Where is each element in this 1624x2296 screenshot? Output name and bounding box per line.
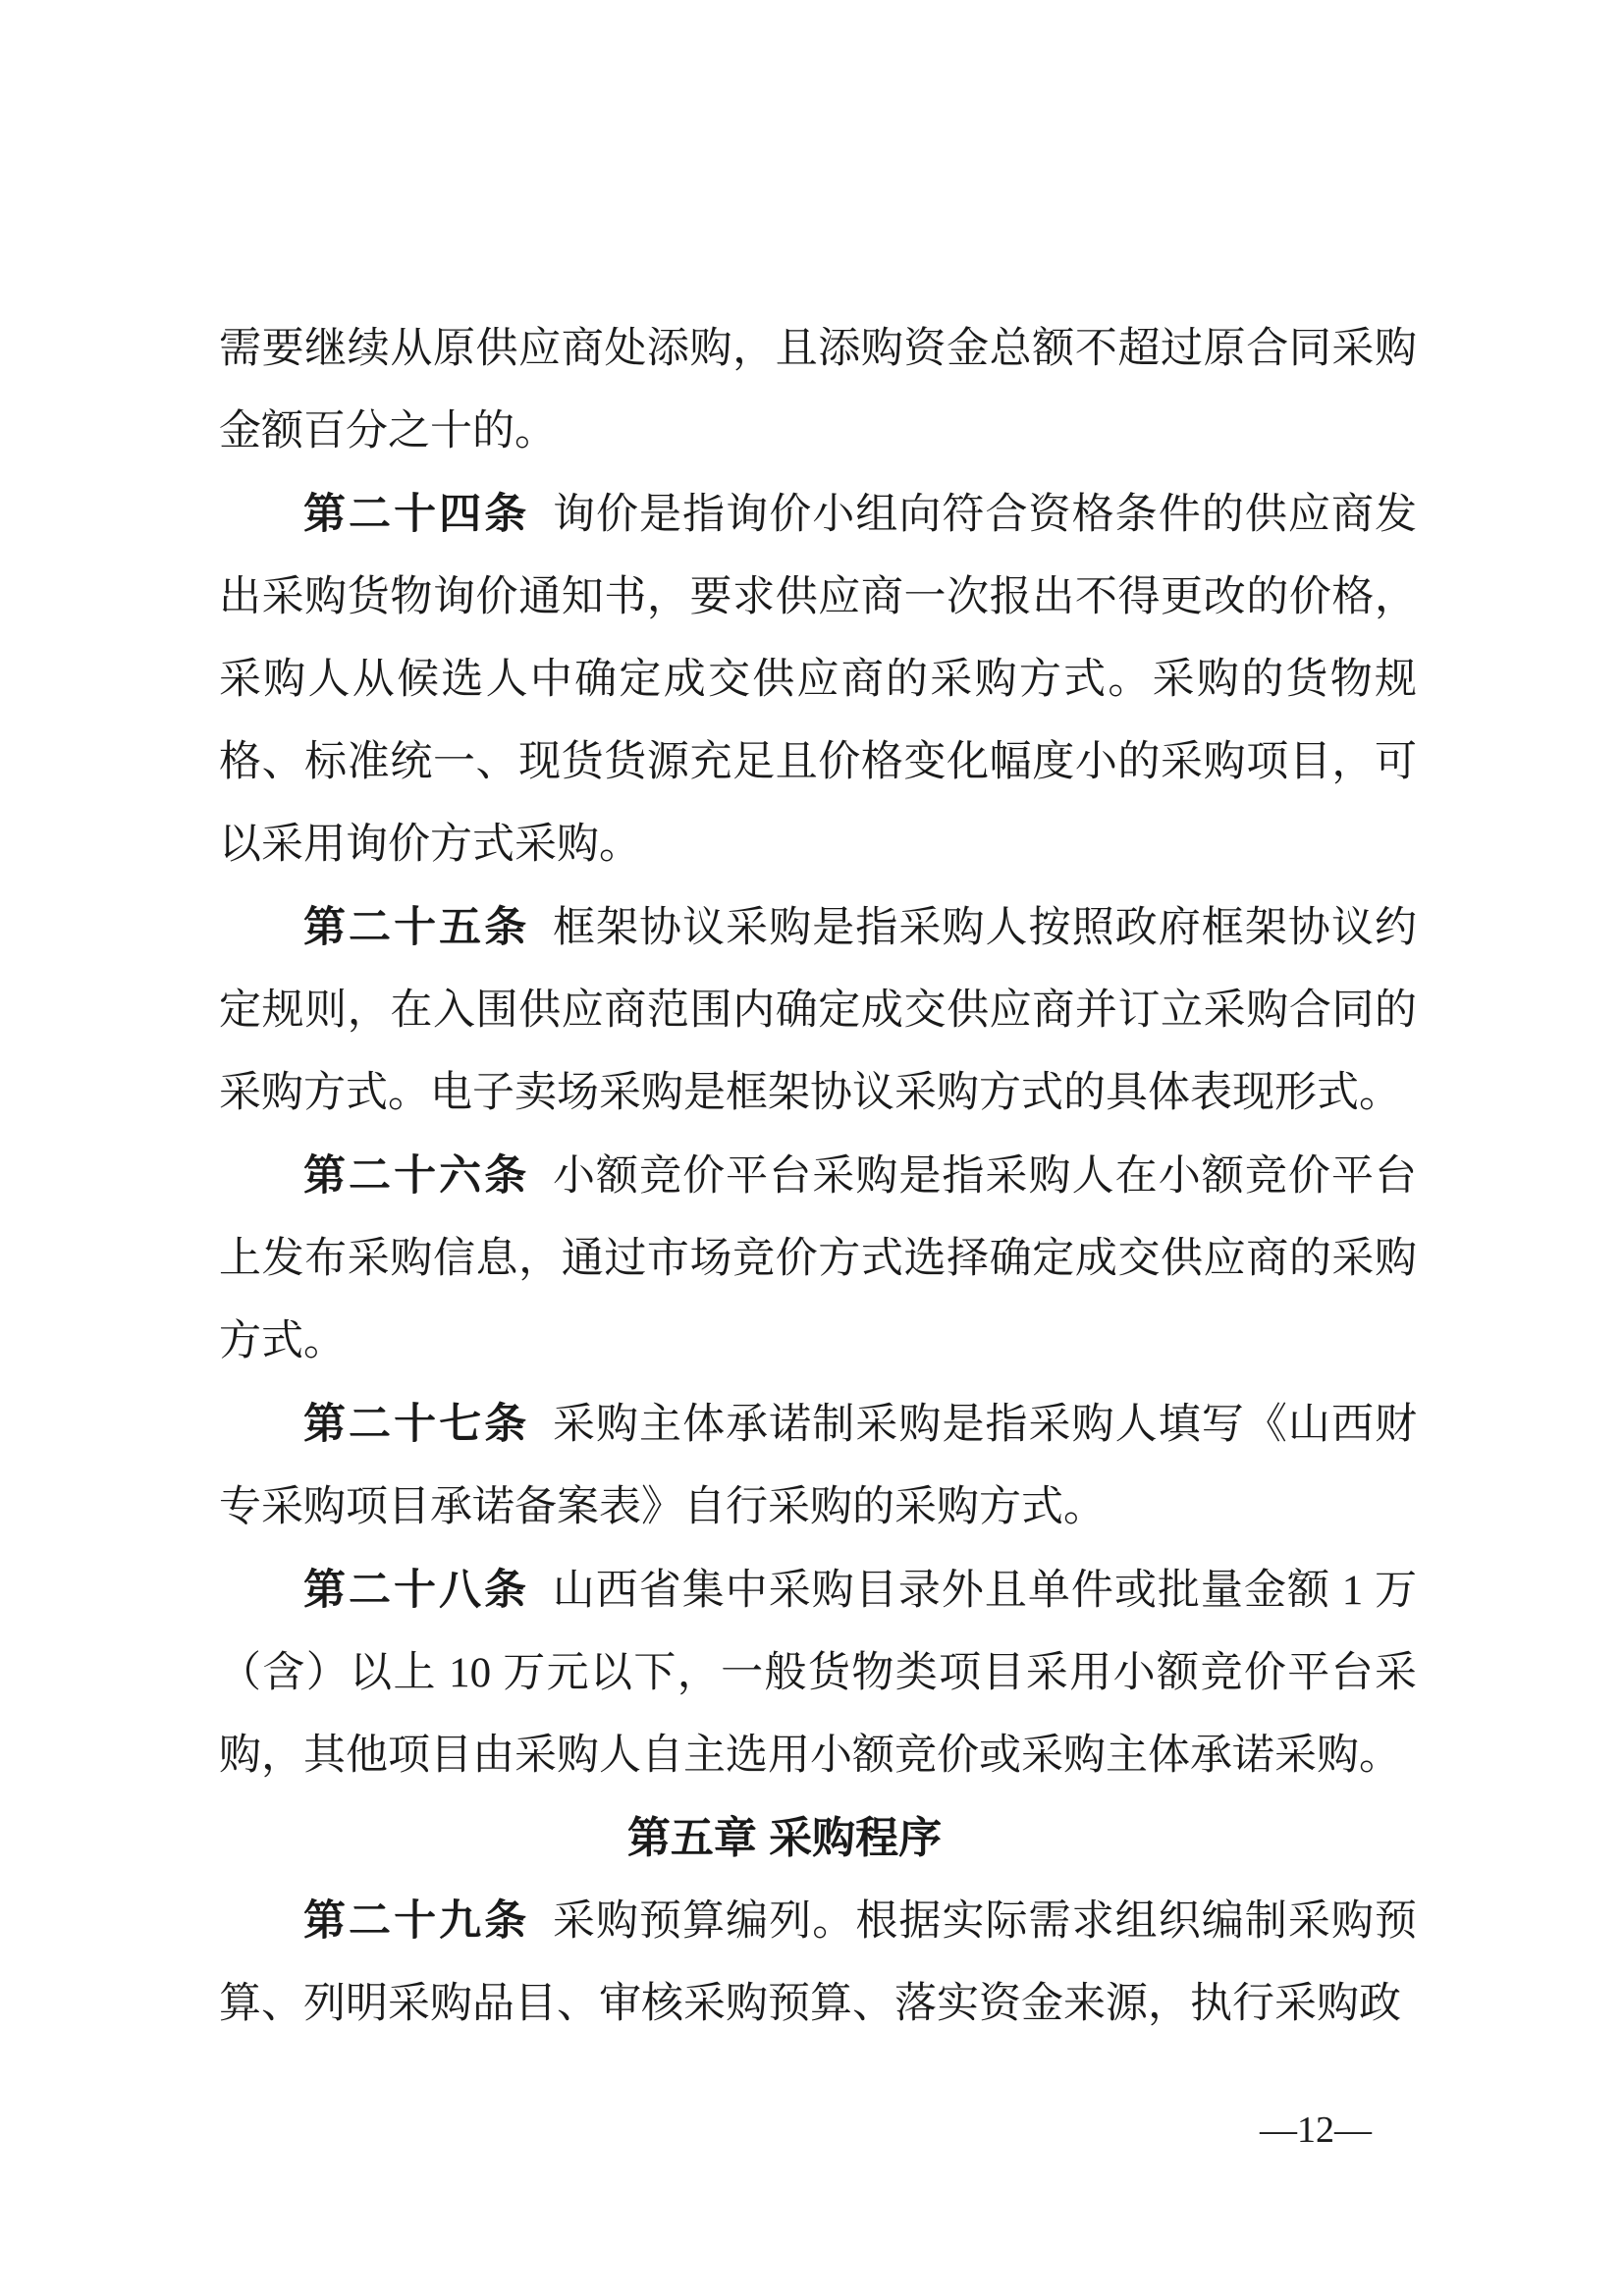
article-24-text: 询价是指询价小组向符合资格条件的供应商发出采购货物询价通知书，要求供应商一次报出… [219, 492, 1417, 868]
article-24-paragraph: 第二十四条询价是指询价小组向符合资格条件的供应商发出采购货物询价通知书，要求供应… [219, 473, 1417, 886]
chapter-heading: 第五章 采购程序 [186, 1797, 1383, 1880]
continuation-text: 需要继续从原供应商处添购，且添购资金总额不超过原合同采购金额百分之十的。 [219, 326, 1417, 454]
article-24-number: 第二十四条 [303, 491, 529, 538]
document-body: 需要继续从原供应商处添购，且添购资金总额不超过原合同采购金额百分之十的。 第二十… [219, 308, 1417, 2046]
page-number: —12— [1255, 2109, 1377, 2152]
article-26-number: 第二十六条 [303, 1152, 529, 1200]
article-27-paragraph: 第二十七条采购主体承诺制采购是指采购人填写《山西财专采购项目承诺备案表》自行采购… [219, 1383, 1417, 1549]
article-25-number: 第二十五条 [303, 904, 529, 951]
article-29-number: 第二十九条 [303, 1897, 529, 1945]
paragraph-continuation: 需要继续从原供应商处添购，且添购资金总额不超过原合同采购金额百分之十的。 [219, 308, 1417, 473]
article-25-paragraph: 第二十五条框架协议采购是指采购人按照政府框架协议约定规则，在入围供应商范围内确定… [219, 886, 1417, 1135]
article-27-number: 第二十七条 [303, 1401, 529, 1448]
article-28-number: 第二十八条 [303, 1567, 529, 1614]
document-page: 需要继续从原供应商处添购，且添购资金总额不超过原合同采购金额百分之十的。 第二十… [0, 0, 1624, 2296]
article-26-paragraph: 第二十六条小额竞价平台采购是指采购人在小额竞价平台上发布采购信息，通过市场竞价方… [219, 1135, 1417, 1383]
article-28-paragraph: 第二十八条山西省集中采购目录外且单件或批量金额 1 万（含）以上 10 万元以下… [219, 1549, 1417, 1797]
article-29-paragraph: 第二十九条采购预算编列。根据实际需求组织编制采购预算、列明采购品目、审核采购预算… [219, 1880, 1417, 2046]
